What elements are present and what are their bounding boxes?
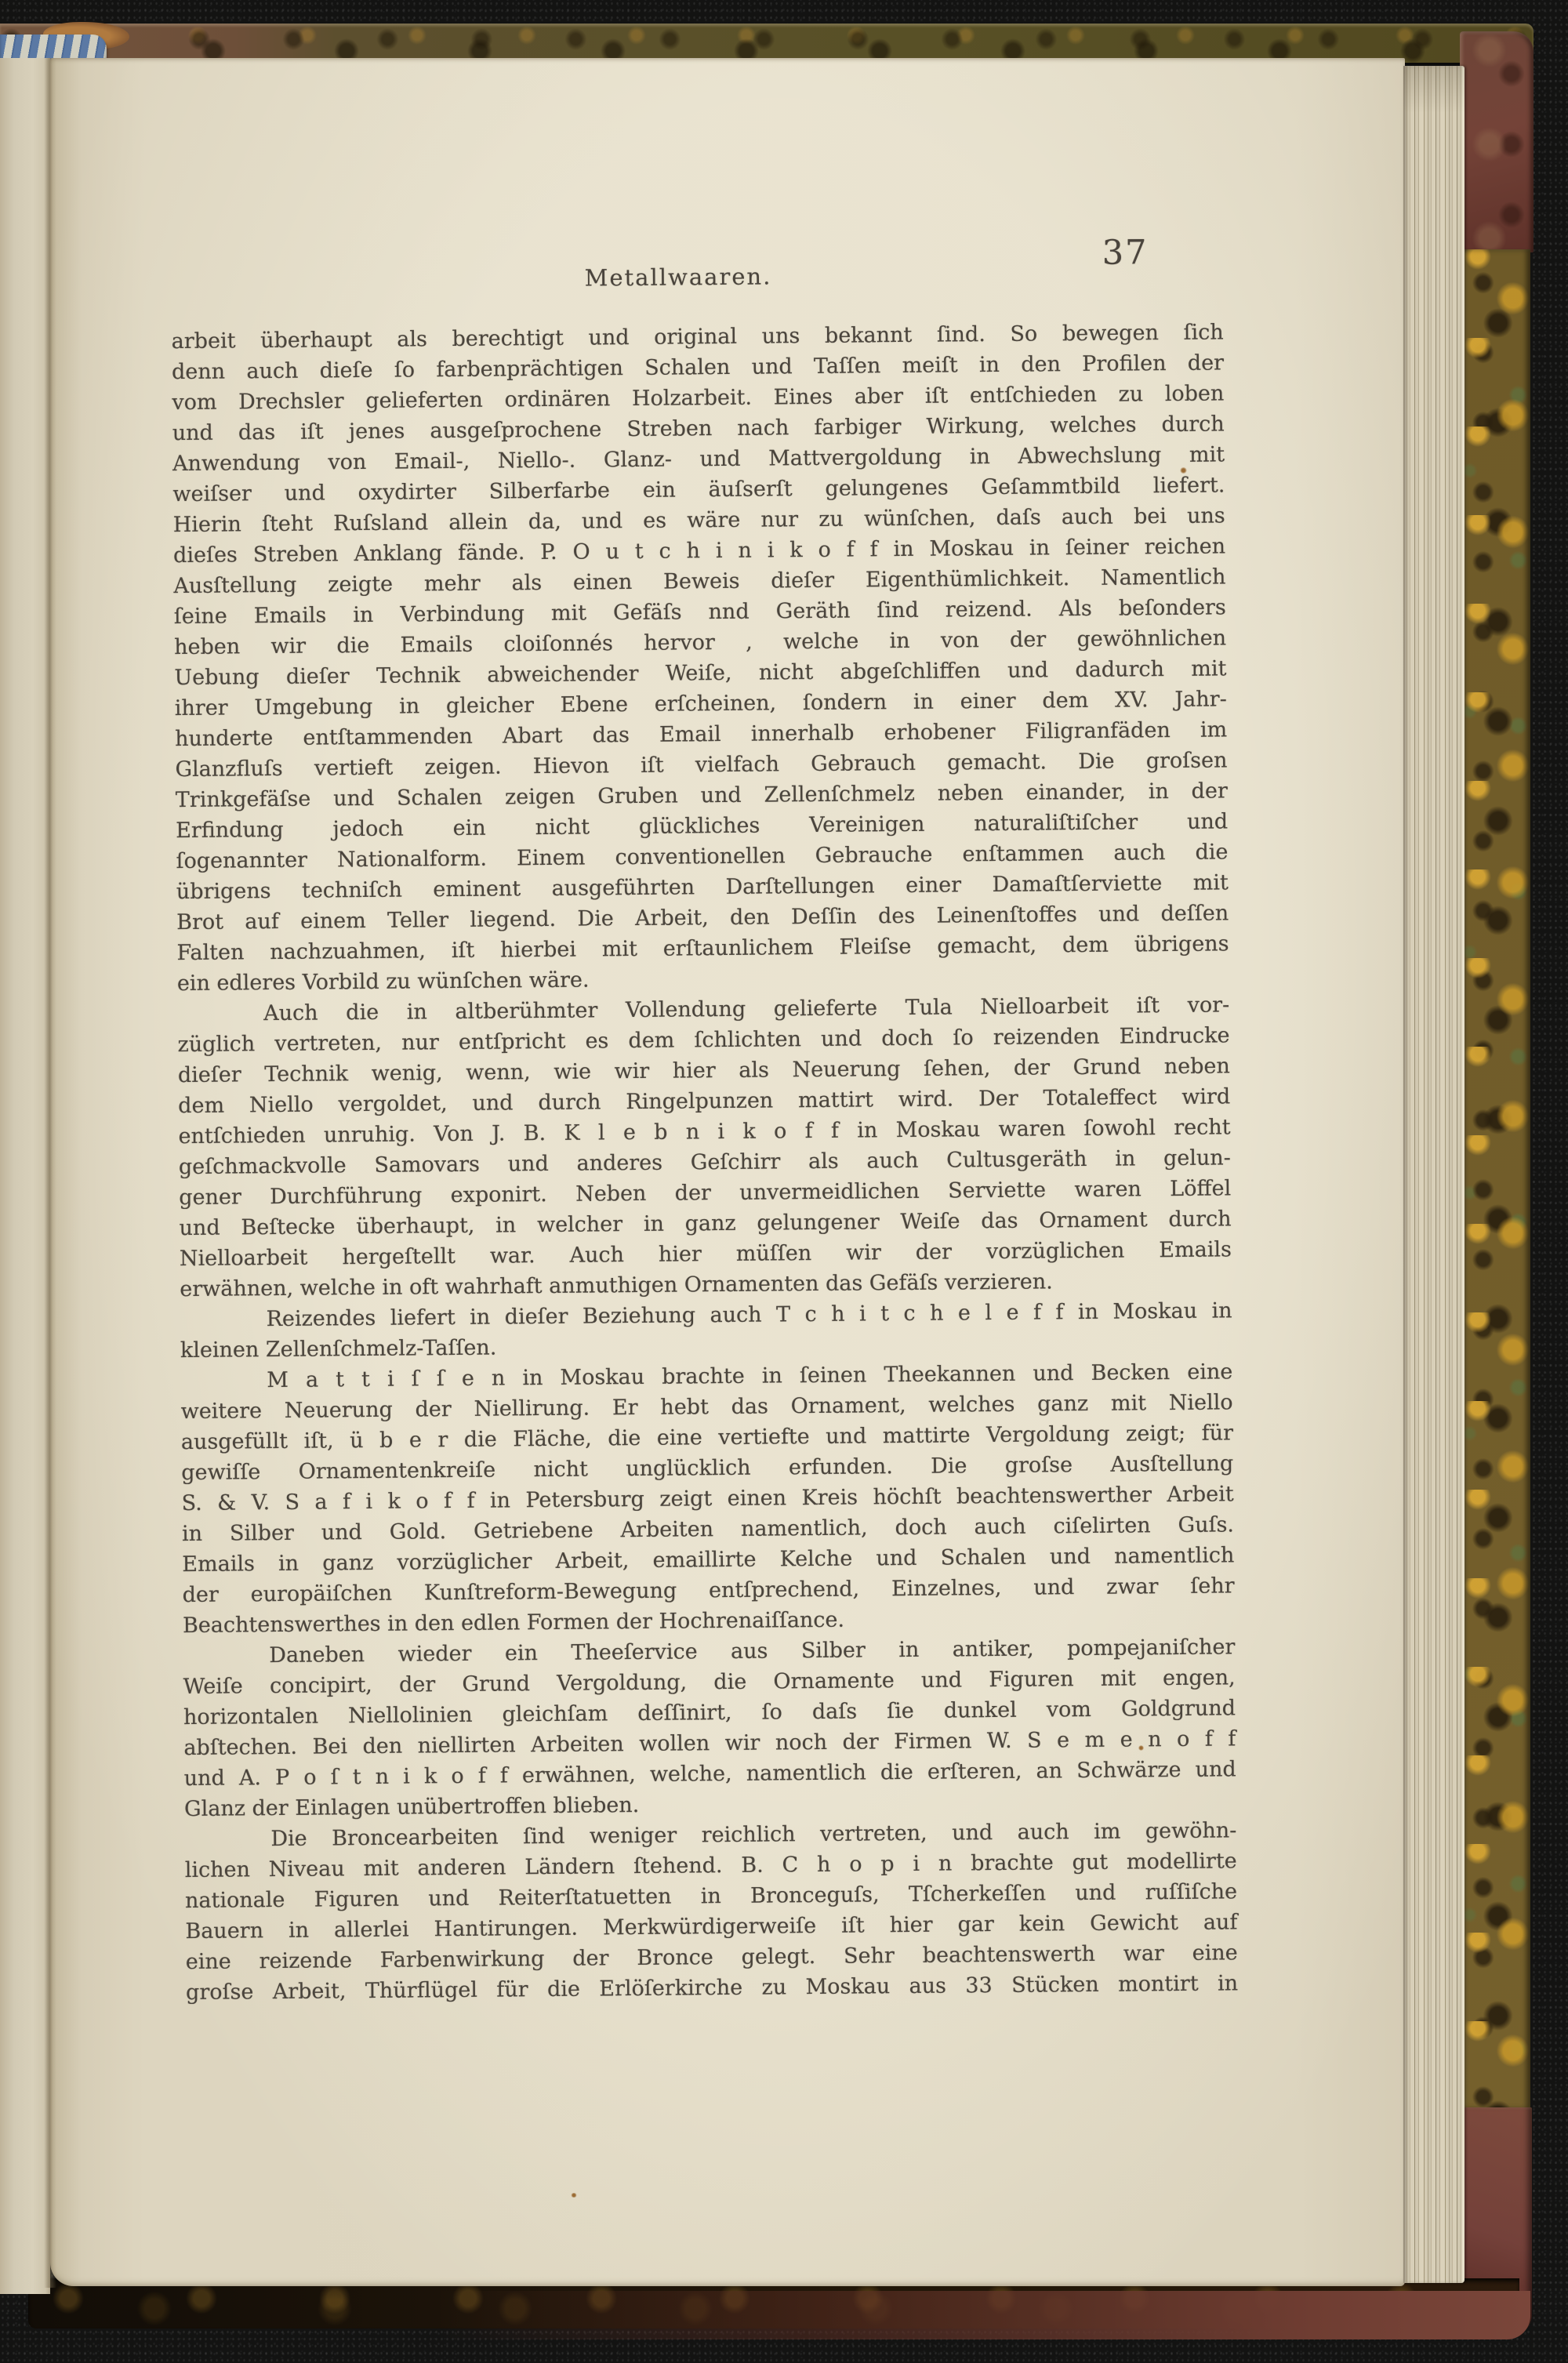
- scanner-background: { "page": { "running_header": "Metallwaa…: [0, 0, 1568, 2363]
- cover-bottom-leather: [439, 2291, 1530, 2339]
- page-fore-edge-stack: [1403, 66, 1465, 2283]
- cover-leather-corner-top: [1460, 31, 1534, 252]
- printed-page-content: Metallwaaren. 37 arbeit überhaupt als be…: [41, 53, 1415, 2292]
- running-header: Metallwaaren.: [152, 260, 1204, 296]
- body-text: arbeit überhaupt als berechtigt und orig…: [172, 317, 1239, 2008]
- cover-marbled-strip: [1463, 249, 1530, 2109]
- page-number-label: 37: [1102, 233, 1196, 273]
